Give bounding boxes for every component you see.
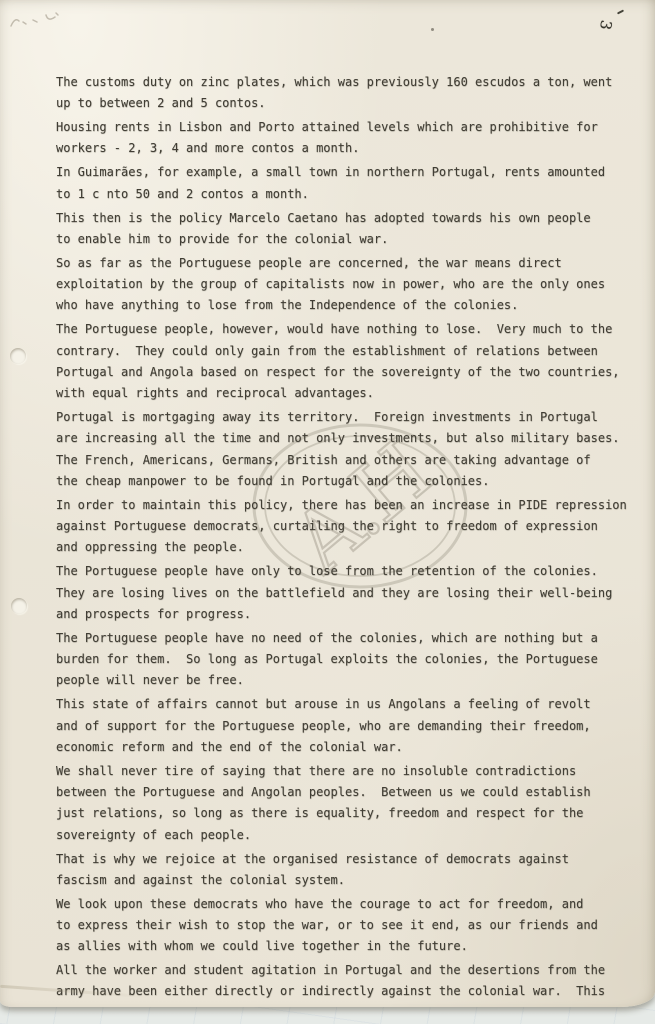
paragraph: In order to maintain this policy, there …: [56, 495, 655, 559]
paragraph: The customs duty on zinc plates, which w…: [56, 72, 655, 115]
paragraph: The Portuguese people have only to lose …: [56, 561, 655, 625]
punch-hole-bottom: [11, 598, 27, 614]
paper-sheet: 3 A.H The customs duty on zinc plates, w…: [0, 0, 655, 1007]
pencil-scribble: [6, 6, 78, 36]
paragraph: That is why we rejoice at the organised …: [56, 849, 655, 892]
paragraph: Housing rents in Lisbon and Porto attain…: [56, 117, 655, 160]
text-body: The customs duty on zinc plates, which w…: [56, 72, 655, 1005]
paragraph: Portugal is mortgaging away its territor…: [56, 407, 655, 492]
punch-hole-top: [10, 348, 26, 364]
paragraph: We shall never tire of saying that there…: [56, 761, 655, 846]
paragraph: In Guimarães, for example, a small town …: [56, 162, 655, 205]
paragraph: The Portuguese people have no need of th…: [56, 628, 655, 692]
document-scan: 3 A.H The customs duty on zinc plates, w…: [0, 0, 655, 1024]
paragraph: So as far as the Portuguese people are c…: [56, 253, 655, 317]
paragraph: This state of affairs cannot but arouse …: [56, 694, 655, 758]
page-number: 3: [596, 19, 615, 32]
paragraph: We look upon these democrats who have th…: [56, 894, 655, 958]
paragraph: This then is the policy Marcelo Caetano …: [56, 208, 655, 251]
ink-speck: [431, 28, 434, 31]
page-number-tick: [617, 9, 624, 14]
paragraph: The Portuguese people, however, would ha…: [56, 319, 655, 404]
